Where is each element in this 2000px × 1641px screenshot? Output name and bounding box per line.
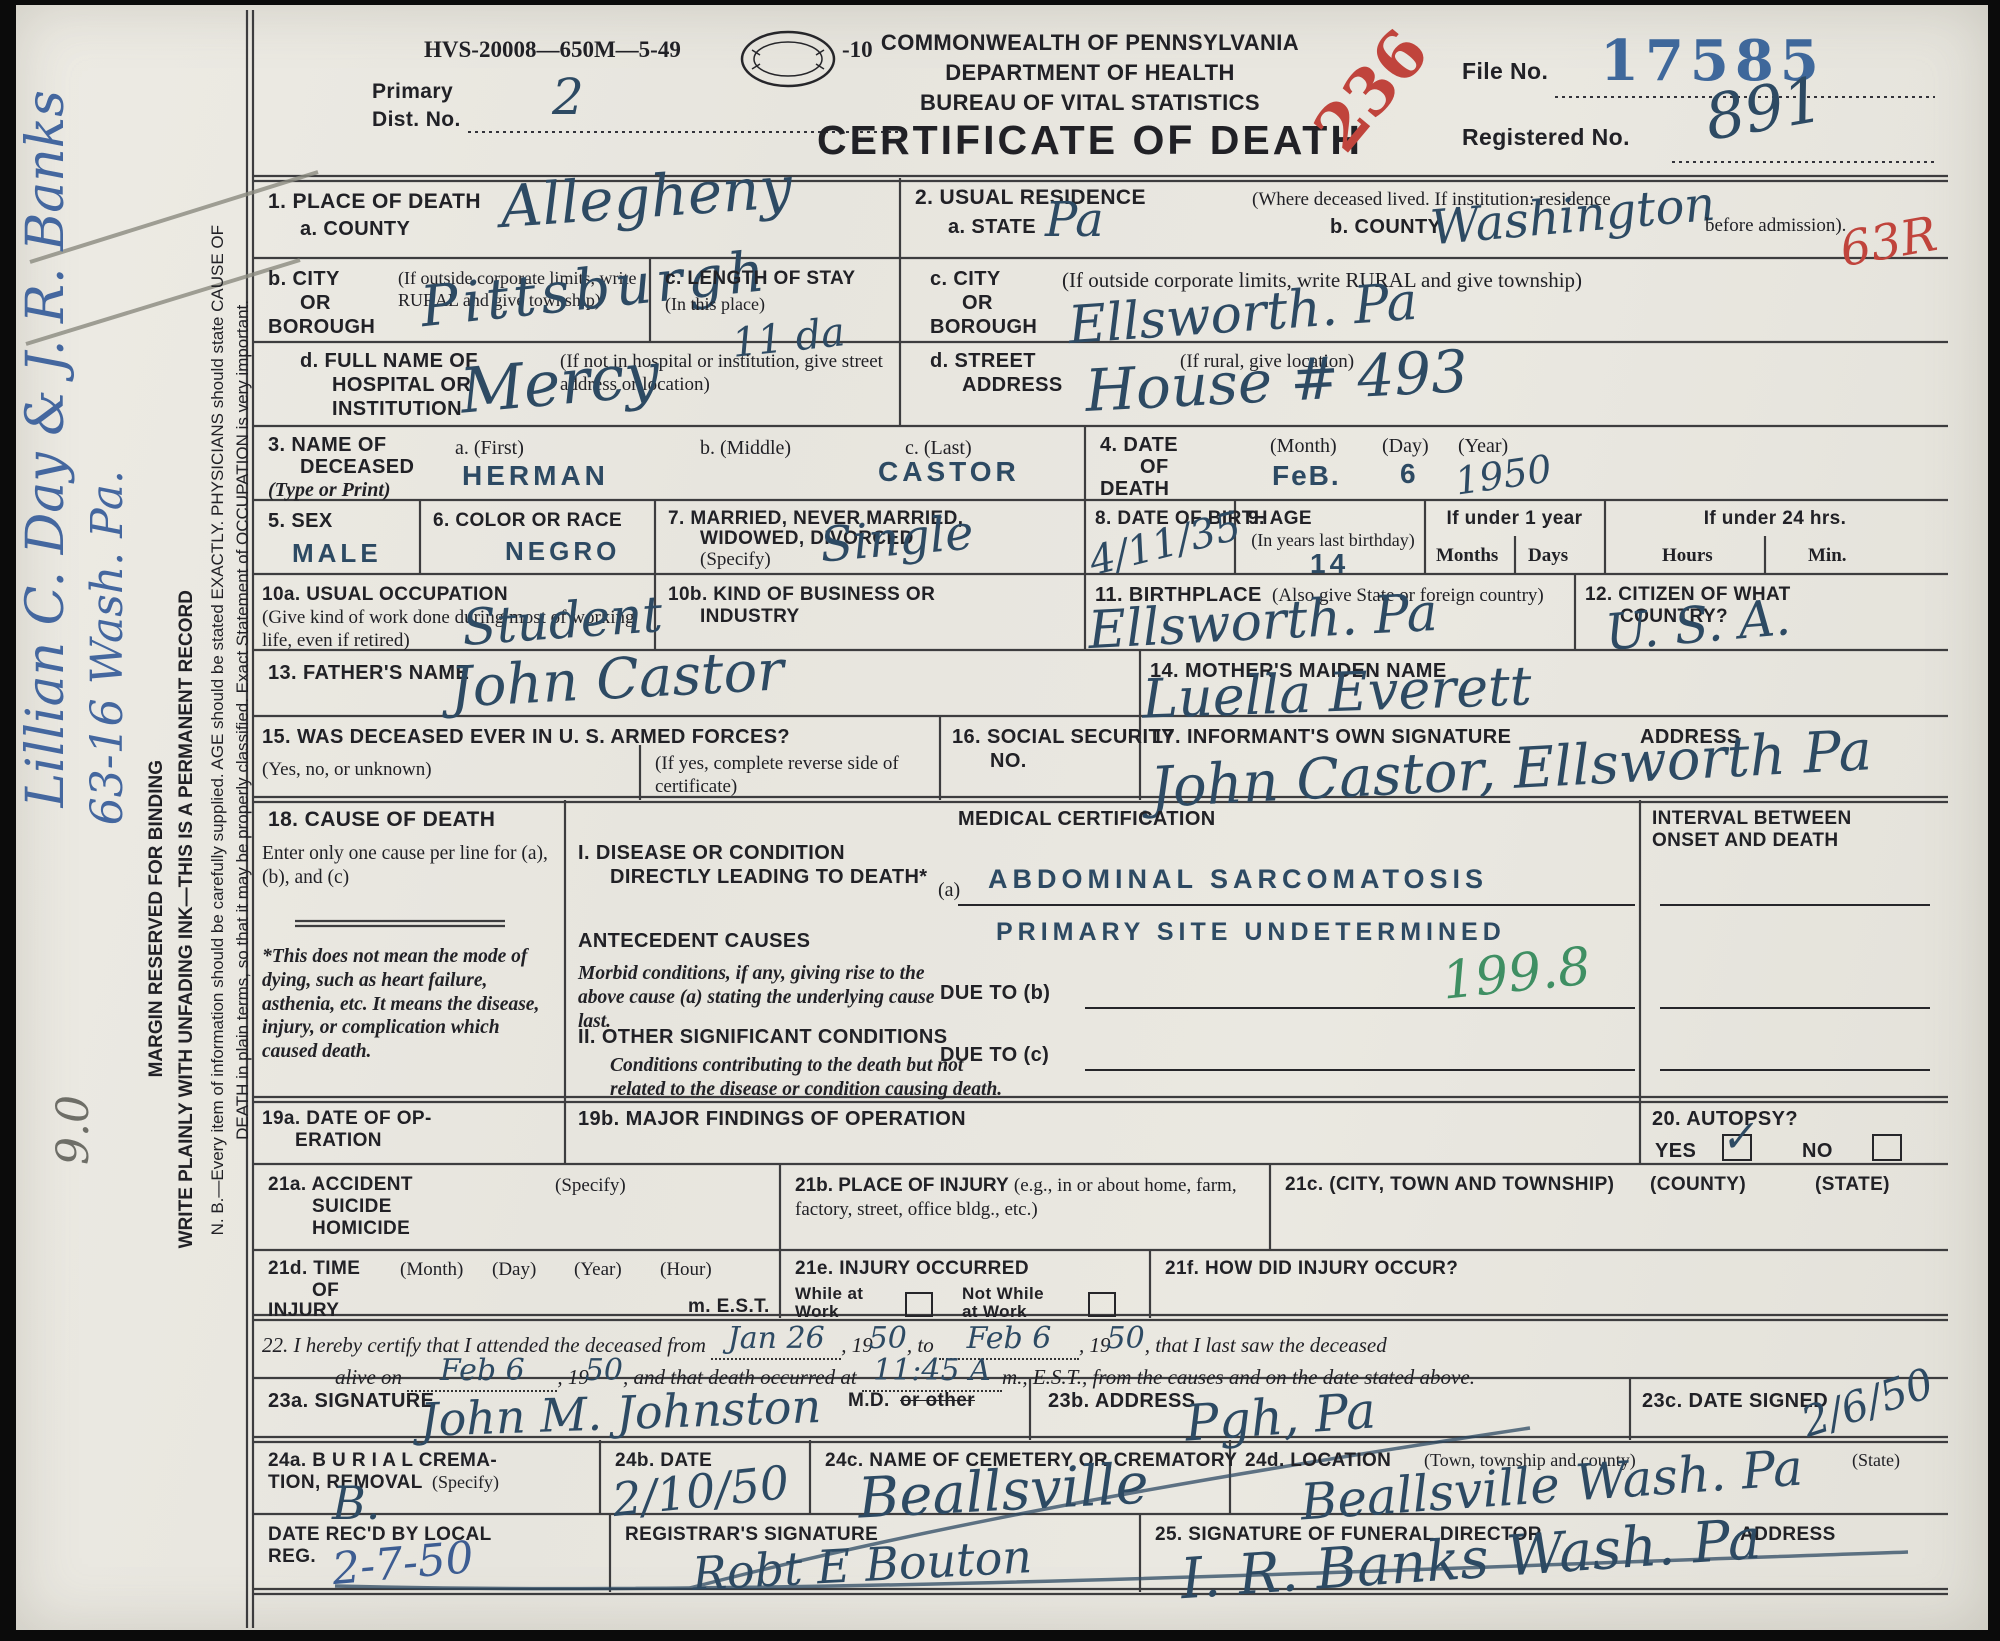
certify-text-5: , that I last saw the deceased xyxy=(1145,1333,1387,1357)
autopsy-no-checkbox xyxy=(1872,1134,1902,1161)
margin-pencil-note: 9.0 xyxy=(48,1095,99,1165)
autopsy-no-label: NO xyxy=(1802,1140,1833,1164)
death-time-blank: 11:45 A xyxy=(862,1360,1002,1392)
under-1-year-label: If under 1 year xyxy=(1432,508,1597,530)
residence-city-label-or: OR xyxy=(962,292,993,316)
father-name-value: John Castor xyxy=(449,643,786,716)
alive-on-value: Feb 6 xyxy=(440,1353,525,1388)
not-while-at-work-label-2: at Work xyxy=(962,1302,1027,1322)
marital-status-value: Single xyxy=(818,508,975,569)
residence-city-label: c. CITY xyxy=(930,268,1001,292)
days-label: Days xyxy=(1528,544,1568,567)
age-value: 14 xyxy=(1310,550,1349,578)
burial-specify-paren: (Specify) xyxy=(432,1472,499,1494)
physician-address-label: 23b. ADDRESS xyxy=(1048,1390,1195,1414)
injury-city-label: 21c. (CITY, TOWN AND TOWNSHIP) xyxy=(1285,1174,1614,1196)
other-conditions-text-1: Conditions contributing to the death but… xyxy=(610,1054,963,1078)
org-name-line-1: COMMONWEALTH OF PENNSYLVANIA xyxy=(790,30,1390,56)
death-day-value: 6 xyxy=(1400,460,1420,488)
cause-note-1: Enter only one cause per line for (a), (… xyxy=(262,842,557,890)
autopsy-yes-label: YES xyxy=(1655,1140,1696,1164)
name-of-deceased-title-3: (Type or Print) xyxy=(268,478,391,502)
race-label: 6. COLOR OR RACE xyxy=(433,510,622,532)
certify-text-2: , 19 xyxy=(841,1333,873,1357)
while-at-work-label-2: Work xyxy=(795,1302,839,1322)
attended-to-value: Feb 6 xyxy=(967,1321,1052,1356)
first-name-label: a. (First) xyxy=(455,436,524,460)
primary-dist-label-1: Primary xyxy=(372,80,453,105)
certificate-title: CERTIFICATE OF DEATH xyxy=(790,116,1390,164)
medical-certification-title: MEDICAL CERTIFICATION xyxy=(958,808,1216,832)
hospital-value: Mercy xyxy=(458,343,662,422)
major-findings-label: 19b. MAJOR FINDINGS OF OPERATION xyxy=(578,1108,966,1132)
usual-residence-title: 2. USUAL RESIDENCE xyxy=(915,186,1146,211)
attended-from-blank: Jan 26 xyxy=(711,1328,841,1360)
hospital-label-2: HOSPITAL OR xyxy=(332,374,471,398)
ssn-label-2: NO. xyxy=(990,750,1027,774)
place-of-death-title: 1. PLACE OF DEATH xyxy=(268,190,481,215)
place-of-injury-cell: 21b. PLACE OF INJURY (e.g., in or about … xyxy=(795,1174,1255,1222)
under-24-hrs-label: If under 24 hrs. xyxy=(1615,508,1935,530)
margin-note-nb-2: DEATH in plain terms, so that it may be … xyxy=(233,300,253,1140)
attended-to-year-value: 50 xyxy=(1107,1321,1145,1356)
marital-status-paren: (Specify) xyxy=(700,548,771,571)
due-to-b-label: DUE TO (b) xyxy=(940,982,1050,1006)
interval-label-2: ONSET AND DEATH xyxy=(1652,830,1839,852)
date-of-operation-label-2: ERATION xyxy=(295,1130,382,1152)
injury-occurred-label: 21e. INJURY OCCURRED xyxy=(795,1258,1029,1280)
date-of-death-title-2: OF xyxy=(1140,456,1169,480)
physician-signature-label: 23a. SIGNATURE xyxy=(268,1390,434,1414)
disease-condition-label-1: I. DISEASE OR CONDITION xyxy=(578,842,845,866)
father-name-label: 13. FATHER'S NAME xyxy=(268,662,469,686)
date-received-value: 2-7-50 xyxy=(330,1536,475,1592)
city-label-borough: BOROUGH xyxy=(268,316,375,340)
hospital-label-1: d. FULL NAME OF xyxy=(300,350,478,374)
margin-note-write-plainly: WRITE PLAINLY WITH UNFADING INK—THIS IS … xyxy=(176,590,198,1248)
race-value: NEGRO xyxy=(505,538,620,564)
name-of-deceased-title-2: DECEASED xyxy=(300,456,414,480)
or-other-label: or other xyxy=(900,1390,975,1412)
accident-specify-paren: (Specify) xyxy=(555,1174,626,1197)
death-time-value: 11:45 A xyxy=(873,1353,991,1388)
disease-condition-label-2: DIRECTLY LEADING TO DEATH* xyxy=(610,866,927,890)
business-label-2: INDUSTRY xyxy=(700,606,800,628)
residence-state-value: Pa xyxy=(1045,196,1104,244)
injury-hour-label: (Hour) xyxy=(660,1258,712,1281)
autopsy-yes-checkmark-icon: ✓ xyxy=(1718,1114,1757,1159)
cause-note-2: *This does not mean the mode of dying, s… xyxy=(262,945,557,1064)
length-of-stay-paren: (In this place) xyxy=(665,294,765,316)
minutes-label: Min. xyxy=(1808,544,1847,567)
burial-label-1: 24a. B U R I A L CREMA- xyxy=(268,1450,497,1472)
residence-state-label: a. STATE xyxy=(948,216,1036,240)
armed-forces-label: 15. WAS DECEASED EVER IN U. S. ARMED FOR… xyxy=(262,726,790,750)
physician-signature-value: John M. Johnston xyxy=(419,1383,822,1443)
sex-value: MALE xyxy=(292,540,382,566)
registered-no-label: Registered No. xyxy=(1462,124,1630,151)
cemetery-location-state-paren: (State) xyxy=(1852,1450,1900,1472)
hospital-label-3: INSTITUTION xyxy=(332,398,462,422)
injury-state-label: (STATE) xyxy=(1815,1174,1890,1196)
margin-address-script-note: 63-16 Wash. Pa. xyxy=(86,470,130,825)
file-no-label: File No. xyxy=(1462,58,1548,85)
scanned-death-certificate: { "colors": { "ink": "#2d4a63", "margin_… xyxy=(0,0,2000,1641)
alive-on-year-value: 50 xyxy=(585,1353,623,1388)
city-label-or: OR xyxy=(300,292,331,316)
certify-statement-line-1: 22. I hereby certify that I attended the… xyxy=(262,1328,1387,1360)
residence-city-label-borough: BOROUGH xyxy=(930,316,1037,340)
margin-owner-script-note: Lillian C. Day & J. R. Banks xyxy=(20,90,72,807)
business-label-1: 10b. KIND OF BUSINESS OR xyxy=(668,584,935,606)
city-label: b. CITY xyxy=(268,268,340,292)
middle-name-label: b. (Middle) xyxy=(700,436,791,460)
length-of-stay-label: c. LENGTH OF STAY xyxy=(665,268,880,290)
county-label: a. COUNTY xyxy=(300,218,410,242)
cause-a-tag: (a) xyxy=(938,878,960,902)
occupation-value: Student xyxy=(461,589,664,653)
certify-text-9: m., E.S.T., from the causes and on the d… xyxy=(1002,1365,1475,1389)
margin-note-nb-1: N. B.—Every item of information should b… xyxy=(208,225,228,1235)
form-code: HVS-20008—650M—5-49 xyxy=(424,36,681,64)
interval-label-1: INTERVAL BETWEEN xyxy=(1652,808,1852,830)
street-address-label-1: d. STREET xyxy=(930,350,1036,374)
org-name-line-2: DEPARTMENT OF HEALTH xyxy=(790,60,1390,86)
primary-dist-label-2: Dist. No. xyxy=(372,108,461,133)
ssn-label-1: 16. SOCIAL SECURITY xyxy=(952,726,1175,750)
injury-year-label: (Year) xyxy=(574,1258,622,1281)
last-name-value: CASTOR xyxy=(878,458,1020,486)
cause-a-value-line-1: ABDOMINAL SARCOMATOSIS xyxy=(988,866,1488,893)
cause-code-green: 199.8 xyxy=(1440,940,1593,1007)
morbid-conditions-note: Morbid conditions, if any, giving rise t… xyxy=(578,962,958,1033)
accident-label-1: 21a. ACCIDENT xyxy=(268,1174,413,1196)
first-name-value: HERMAN xyxy=(462,462,609,490)
hours-label: Hours xyxy=(1662,544,1713,567)
md-label: M.D. xyxy=(848,1390,890,1412)
months-label: Months xyxy=(1436,544,1498,567)
cause-a-value-line-2: PRIMARY SITE UNDETERMINED xyxy=(996,920,1506,945)
attended-from-year-value: 50 xyxy=(869,1321,907,1356)
death-month-label: (Month) xyxy=(1270,434,1337,458)
mother-name-value: Luella Everett xyxy=(1141,659,1532,727)
antecedent-causes-label: ANTECEDENT CAUSES xyxy=(578,930,810,954)
cause-of-death-title: 18. CAUSE OF DEATH xyxy=(268,808,495,833)
cemetery-name-value: Beallsville xyxy=(857,1456,1150,1527)
death-month-value: FeB. xyxy=(1272,462,1341,490)
age-paren: (In years last birthday) xyxy=(1248,508,1418,552)
time-of-injury-label-1: 21d. TIME xyxy=(268,1258,360,1280)
death-day-label: (Day) xyxy=(1382,434,1429,458)
date-of-operation-label-1: 19a. DATE OF OP- xyxy=(262,1108,432,1130)
name-of-deceased-title-1: 3. NAME OF xyxy=(268,434,386,458)
other-conditions-text-2: related to the disease or condition caus… xyxy=(610,1078,1002,1102)
date-received-label-2: REG. xyxy=(268,1546,316,1568)
date-of-death-title-1: 4. DATE xyxy=(1100,434,1178,458)
residence-county-label: b. COUNTY xyxy=(1330,216,1441,240)
alive-on-blank: Feb 6 xyxy=(407,1360,557,1392)
usual-residence-paren-2: before admission). xyxy=(1705,214,1846,237)
attended-from-value: Jan 26 xyxy=(728,1321,825,1356)
injury-month-label: (Month) xyxy=(400,1258,463,1281)
how-injury-occurred-label: 21f. HOW DID INJURY OCCUR? xyxy=(1165,1258,1458,1280)
registered-no-value: 891 xyxy=(1701,68,1828,150)
injury-county-label: (COUNTY) xyxy=(1650,1174,1746,1196)
place-of-injury-label: 21b. PLACE OF INJURY xyxy=(795,1175,1009,1196)
injury-day-label: (Day) xyxy=(492,1258,536,1281)
accident-label-2: SUICIDE xyxy=(312,1196,392,1218)
date-of-death-title-3: DEATH xyxy=(1100,478,1169,502)
time-of-injury-label-3: INJURY xyxy=(268,1300,339,1322)
street-address-label-2: ADDRESS xyxy=(962,374,1063,398)
primary-dist-value: 2 xyxy=(552,72,584,122)
org-name-line-3: BUREAU OF VITAL STATISTICS xyxy=(790,90,1390,116)
armed-forces-paren-2: (If yes, complete reverse side of certif… xyxy=(655,752,930,798)
not-while-at-work-checkbox xyxy=(1088,1292,1116,1317)
sex-label: 5. SEX xyxy=(268,510,333,534)
burial-value: B. xyxy=(332,1480,380,1526)
other-conditions-label: II. OTHER SIGNIFICANT CONDITIONS xyxy=(578,1026,947,1050)
certify-text-4: , 19 xyxy=(1079,1333,1111,1357)
injury-est-label: m. E.S.T. xyxy=(688,1296,770,1318)
margin-note-binding: MARGIN RESERVED FOR BINDING xyxy=(146,760,168,1077)
while-at-work-checkbox xyxy=(905,1292,933,1317)
accident-label-3: HOMICIDE xyxy=(312,1218,410,1240)
citizen-value: U. S. A. xyxy=(1603,592,1792,658)
certify-text-6: alive on xyxy=(335,1365,402,1389)
physician-address-value: Pgh, Pa xyxy=(1183,1385,1377,1448)
armed-forces-paren-1: (Yes, no, or unknown) xyxy=(262,758,432,781)
